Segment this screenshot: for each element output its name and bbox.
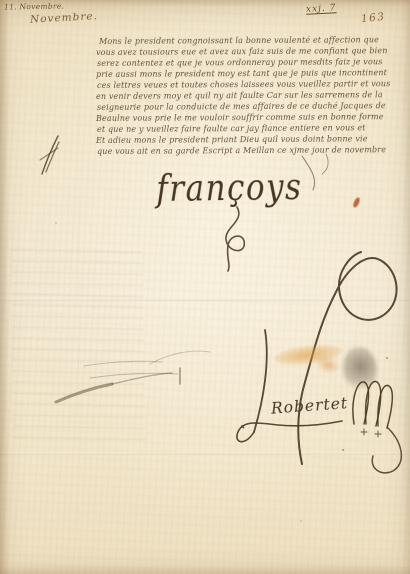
secretary-signature: Robertet <box>270 394 348 417</box>
paper-speck <box>342 449 344 451</box>
page-number: 163 <box>360 11 386 26</box>
royal-signature-flourish <box>195 205 275 275</box>
folio-mark: xxj. 7 <box>306 3 337 15</box>
pencil-annotation <box>50 340 240 410</box>
paper-speck <box>55 222 57 224</box>
letter-body: Mons le president congnoissant la bonne … <box>96 36 396 158</box>
ink-stain-dark <box>343 347 377 391</box>
manuscript-letter-photo: 11. Novembre. Novembre. xxj. 7 163 Mons … <box>0 0 410 574</box>
verso-show-through <box>10 245 145 447</box>
paper-speck <box>300 520 302 522</box>
fold-crease-horizontal <box>0 298 410 301</box>
wax-stain-orange <box>314 354 342 377</box>
fold-crease-vertical <box>78 0 80 574</box>
date-annotation-large: Novembre. <box>30 10 98 26</box>
red-wax-speck <box>352 196 361 208</box>
paper-speck <box>386 357 388 359</box>
royal-signature: françoys <box>156 166 303 211</box>
fold-crease-horizontal <box>0 452 410 455</box>
date-annotation-small: 11. Novembre. <box>4 1 64 11</box>
margin-paraph-mark <box>34 130 64 178</box>
letter-line: que vous ait en sa garde Escript a Meill… <box>97 145 396 158</box>
